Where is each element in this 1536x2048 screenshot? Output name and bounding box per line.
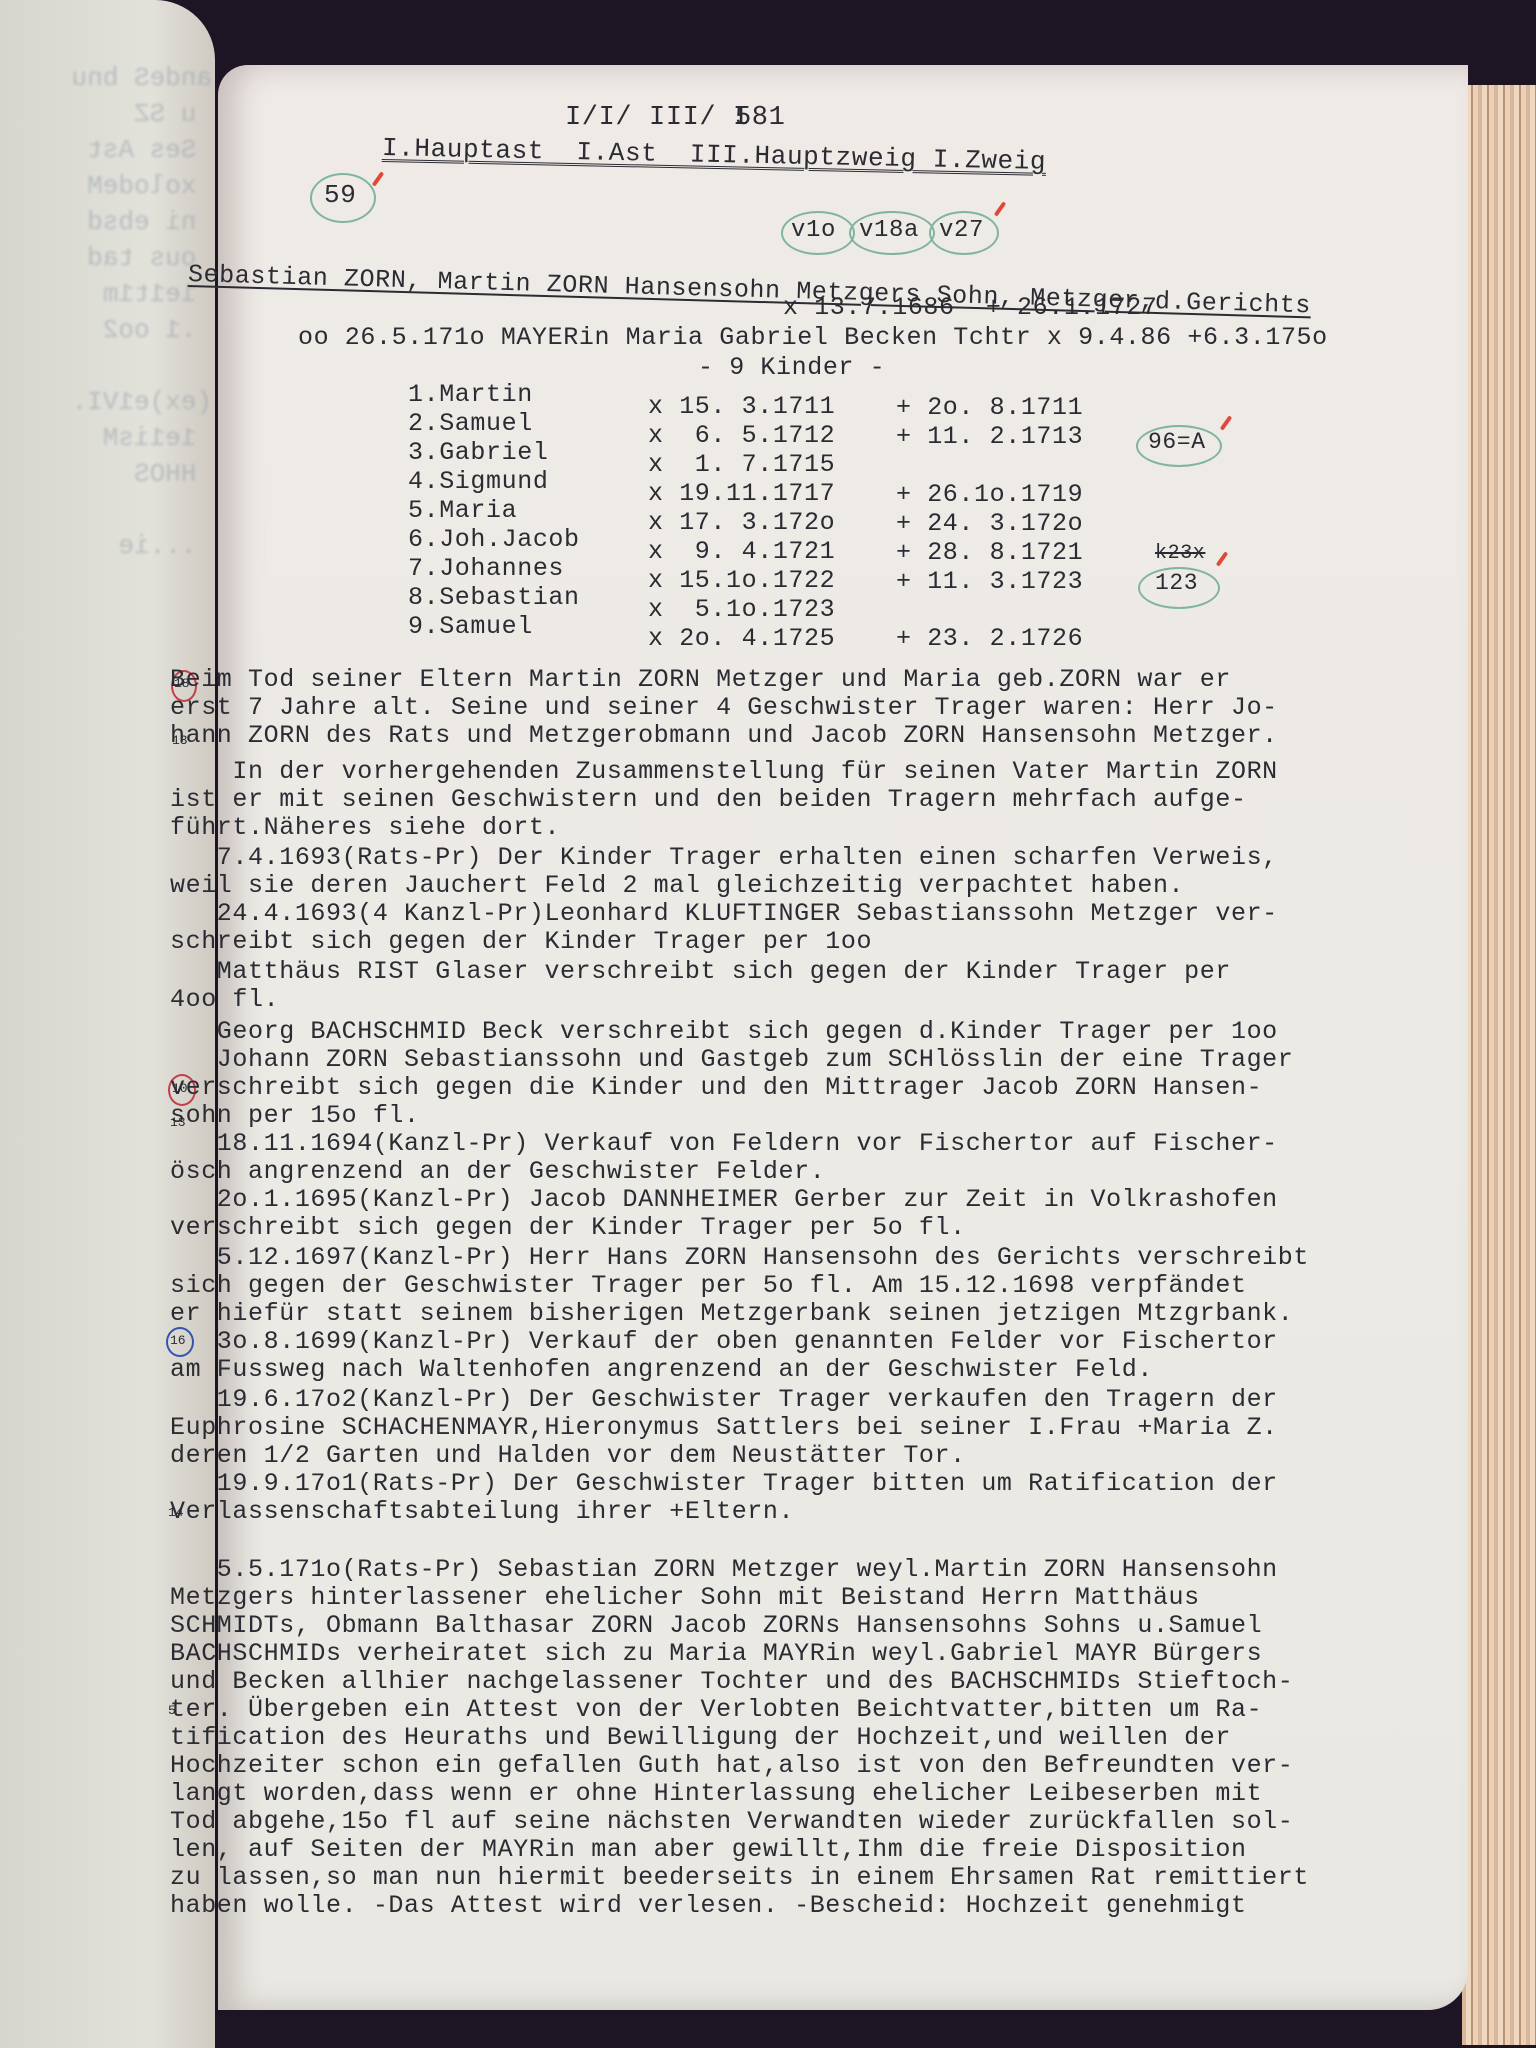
child-born: x 17. 3.172o	[648, 508, 835, 537]
child-name: 8.Sebastian	[408, 583, 580, 612]
child-died: + 11. 2.1713	[896, 422, 1083, 451]
body-line: führt.Näheres siehe dort.	[170, 813, 560, 842]
body-line: 3o.8.1699(Kanzl-Pr) Verkauf der oben gen…	[170, 1327, 1278, 1356]
body-line: ter. Übergeben ein Attest von der Verlob…	[170, 1695, 1262, 1724]
body-line: am Fussweg nach Waltenhofen angrenzend a…	[170, 1355, 1153, 1384]
child-name: 3.Gabriel	[408, 438, 548, 467]
child-name: 1.Martin	[408, 380, 533, 409]
child-name: 4.Sigmund	[408, 467, 548, 496]
body-line: 24.4.1693(4 Kanzl-Pr)Leonhard KLUFTINGER…	[170, 899, 1278, 928]
child-born: x 19.11.1717	[648, 479, 835, 508]
red-check-mark	[372, 171, 384, 186]
body-line: 4oo fl.	[170, 985, 279, 1014]
red-check-mark	[1220, 415, 1232, 430]
child-name: 5.Maria	[408, 496, 517, 525]
body-line: ösch angrenzend an der Geschwister Felde…	[170, 1157, 825, 1186]
body-line: verschreibt sich gegen die Kinder und de…	[170, 1073, 1262, 1102]
entry-number: 59	[324, 180, 356, 210]
child-name: 6.Joh.Jacob	[408, 525, 580, 554]
child-born: x 2o. 4.1725	[648, 624, 835, 653]
cross-ref-circle	[849, 211, 935, 255]
birth-death: x 13.7.1686 + 26.1.1727	[783, 293, 1157, 322]
body-line: len, auf Seiten der MAYRin man aber gewi…	[170, 1835, 1247, 1864]
body-line: 18.11.1694(Kanzl-Pr) Verkauf von Feldern…	[170, 1129, 1278, 1158]
body-line: 19.9.17o1(Rats-Pr) Der Geschwister Trage…	[170, 1469, 1278, 1498]
child-died: + 2o. 8.1711	[896, 393, 1083, 422]
header-code: I/I/ III/ I	[565, 103, 750, 133]
body-line: Hochzeiter schon ein gefallen Guth hat,a…	[170, 1751, 1293, 1780]
body-line: tification des Heuraths und Bewilligung …	[170, 1723, 1231, 1752]
body-line: 5.5.171o(Rats-Pr) Sebastian ZORN Metzger…	[170, 1555, 1278, 1584]
red-check-mark	[1216, 551, 1228, 566]
body-line: verschreibt sich gegen der Kinder Trager…	[170, 1213, 966, 1242]
side-annotation-struck: k23x	[1155, 542, 1205, 565]
body-line: weil sie deren Jauchert Feld 2 mal gleic…	[170, 871, 1184, 900]
body-line: zu lassen,so man nun hiermit beederseits…	[170, 1863, 1309, 1892]
body-line: Euphrosine SCHACHENMAYR,Hieronymus Sattl…	[170, 1413, 1278, 1442]
body-line: Tod abgehe,15o fl auf seine nächsten Ver…	[170, 1807, 1293, 1836]
child-born: x 15.1o.1722	[648, 566, 835, 595]
cross-ref-circle	[929, 211, 999, 255]
body-line: ist er mit seinen Geschwistern und den b…	[170, 785, 1247, 814]
body-line: haben wolle. -Das Attest wird verlesen. …	[170, 1891, 1247, 1920]
marriage-line: oo 26.5.171o MAYERin Maria Gabriel Becke…	[298, 323, 1328, 352]
body-line: Metzgers hinterlassener ehelicher Sohn m…	[170, 1583, 1200, 1612]
red-check-mark	[994, 201, 1006, 216]
body-line: Beim Tod seiner Eltern Martin ZORN Metzg…	[170, 665, 1231, 694]
body-line: sich gegen der Geschwister Trager per 5o…	[170, 1271, 1247, 1300]
child-died: + 26.1o.1719	[896, 480, 1083, 509]
stacked-page-edges	[1462, 85, 1536, 2045]
body-line: er hiefür statt seinem bisherigen Metzge…	[170, 1299, 1293, 1328]
body-line: erst 7 Jahre alt. Seine und seiner 4 Ges…	[170, 693, 1278, 722]
child-died: + 24. 3.172o	[896, 509, 1083, 538]
header-line: I.Hauptast I.Ast III.Hauptzweig I.Zweig	[382, 133, 1047, 177]
body-line: In der vorhergehenden Zusammenstellung f…	[170, 757, 1278, 786]
body-line: 5.12.1697(Kanzl-Pr) Herr Hans ZORN Hanse…	[170, 1243, 1309, 1272]
child-born: x 5.1o.1723	[648, 595, 835, 624]
body-line: BACHSCHMIDs verheiratet sich zu Maria MA…	[170, 1639, 1262, 1668]
child-name: 9.Samuel	[408, 612, 533, 641]
body-line: Johann ZORN Sebastianssohn und Gastgeb z…	[170, 1045, 1293, 1074]
side-annotation-96A: 96=A	[1148, 429, 1206, 455]
child-born: x 15. 3.1711	[648, 392, 835, 421]
child-born: x 6. 5.1712	[648, 421, 835, 450]
child-born: x 1. 7.1715	[648, 450, 835, 479]
cross-ref-circle	[781, 211, 855, 255]
child-died: + 28. 8.1721	[896, 538, 1083, 567]
body-line: 2o.1.1695(Kanzl-Pr) Jacob DANNHEIMER Ger…	[170, 1185, 1278, 1214]
body-line: deren 1/2 Garten und Halden vor dem Neus…	[170, 1441, 966, 1470]
child-name: 7.Johannes	[408, 554, 564, 583]
child-died: + 11. 3.1723	[896, 567, 1083, 596]
body-line: SCHMIDTs, Obmann Balthasar ZORN Jacob ZO…	[170, 1611, 1262, 1640]
bleed-through-text: andeS bnu u SZ Ses Ast xolodeM ni ebsd o…	[0, 60, 212, 564]
body-line: 7.4.1693(Rats-Pr) Der Kinder Trager erha…	[170, 843, 1278, 872]
body-line: langt worden,dass wenn er ohne Hinterlas…	[170, 1779, 1262, 1808]
children-heading: - 9 Kinder -	[698, 353, 885, 382]
child-born: x 9. 4.1721	[648, 537, 835, 566]
body-line: 19.6.17o2(Kanzl-Pr) Der Geschwister Trag…	[170, 1385, 1278, 1414]
body-line: schreibt sich gegen der Kinder Trager pe…	[170, 927, 872, 956]
body-line: sohn per 15o fl.	[170, 1101, 420, 1130]
child-name: 2.Samuel	[408, 409, 533, 438]
child-died: + 23. 2.1726	[896, 624, 1083, 653]
document-page: 581 I/I/ III/ I I.Hauptast I.Ast III.Hau…	[218, 65, 1468, 2010]
body-line: Matthäus RIST Glaser verschreibt sich ge…	[170, 957, 1231, 986]
body-line: Georg BACHSCHMID Beck verschreibt sich g…	[170, 1017, 1278, 1046]
body-line: hann ZORN des Rats und Metzgerobmann und…	[170, 721, 1278, 750]
body-line: und Becken allhier nachgelassener Tochte…	[170, 1667, 1293, 1696]
body-line: Verlassenschaftsabteilung ihrer +Eltern.	[170, 1497, 794, 1526]
side-annotation-123: 123	[1155, 570, 1198, 596]
